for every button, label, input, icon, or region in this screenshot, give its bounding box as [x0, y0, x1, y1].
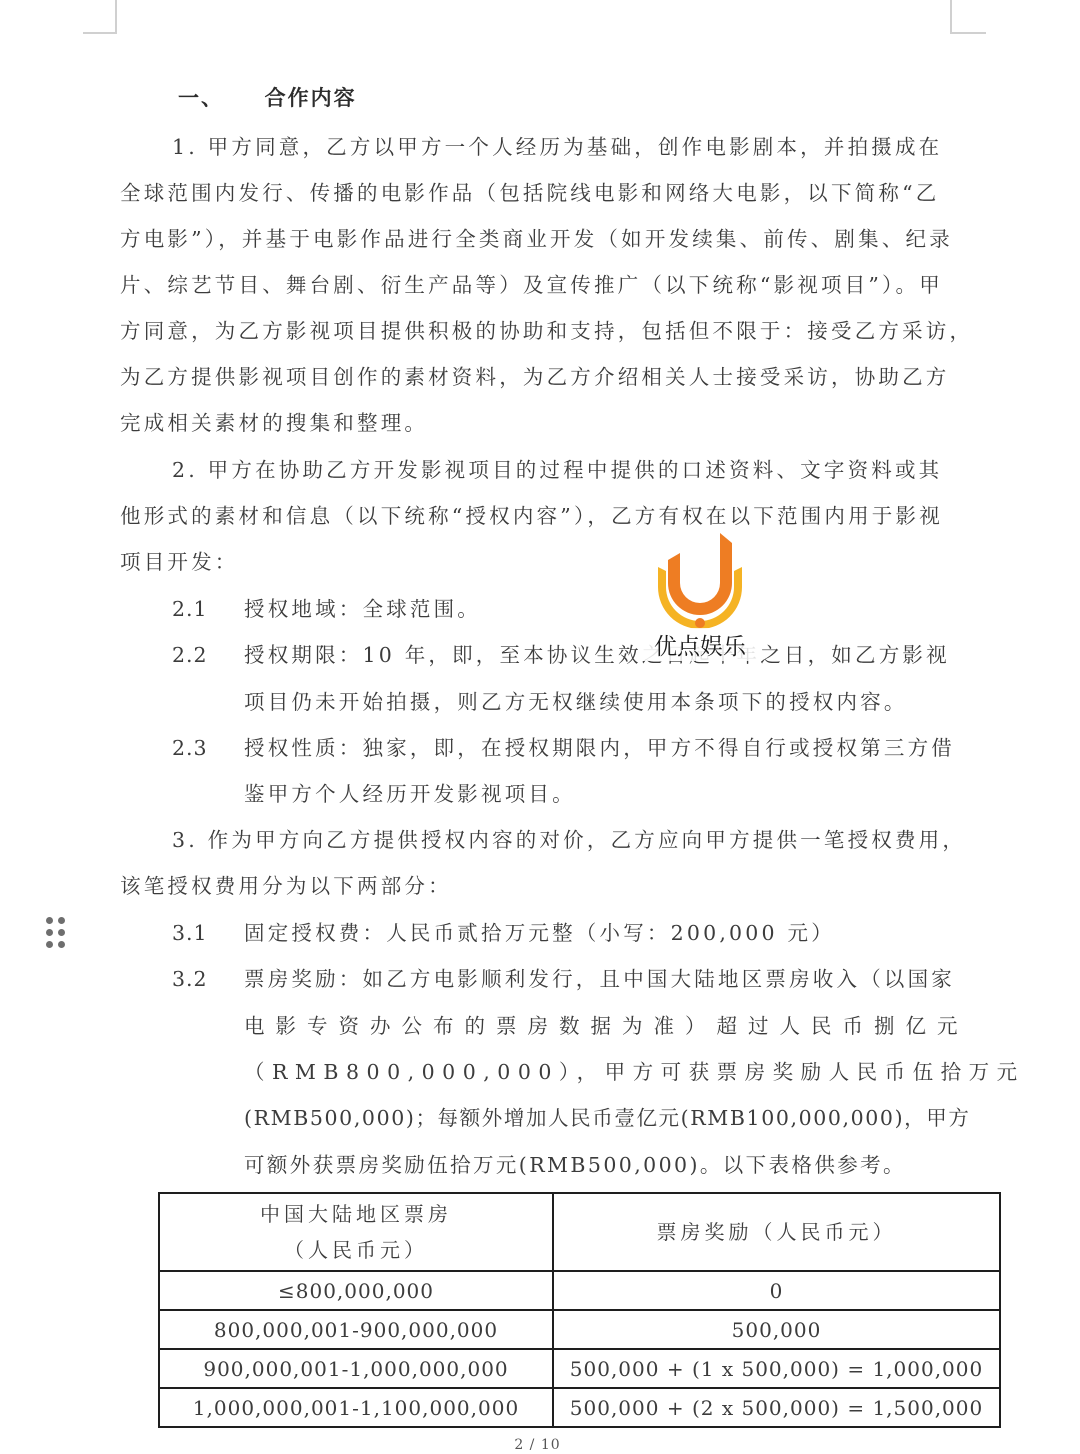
clause-3-2-cont: (RMB500,000)；每额外增加人民币壹亿元(RMB100,000,000)…: [244, 1101, 970, 1131]
page-indicator: 2 / 10: [0, 1437, 1075, 1453]
dot: [58, 941, 65, 948]
box-office-bonus-table: 中国大陆地区票房 （人民币元） 票房奖励（人民币元） ≤800,000,000 …: [158, 1192, 1001, 1428]
table-cell: 500,000: [553, 1310, 1000, 1349]
clause-2-3-cont: 鉴甲方个人经历开发影视项目。: [244, 777, 576, 807]
clause-number: 2.1: [172, 597, 244, 621]
clause-2-2-cont: 项目仍未开始拍摄，则乙方无权继续使用本条项下的授权内容。: [244, 685, 908, 715]
table-header-cell: 票房奖励（人民币元）: [553, 1193, 1000, 1271]
dot: [58, 917, 65, 924]
section-heading: 一、 合作内容: [178, 82, 357, 112]
section-title: 合作内容: [265, 85, 357, 110]
table-row: 900,000,001-1,000,000,000 500,000 + (1 x…: [159, 1349, 1000, 1388]
dot: [46, 941, 53, 948]
clause-2-3: 2.3授权性质：独家，即，在授权期限内，甲方不得自行或授权第三方借: [172, 731, 955, 761]
watermark-text: 优点娱乐: [640, 628, 760, 661]
clause-2-2: 2.2授权期限：10 年，即，至本协议生效之日起十年之日，如乙方影视: [172, 638, 950, 668]
table-cell: 500,000 + (1 x 500,000) = 1,000,000: [553, 1349, 1000, 1388]
clause-text: 固定授权费：人民币贰拾万元整（小写：200,000 元）: [244, 921, 835, 945]
dot: [46, 917, 53, 924]
dot: [46, 929, 53, 936]
clause-text: 授权地域：全球范围。: [244, 597, 481, 621]
paragraph-1-line: 1. 甲方同意，乙方以甲方一个人经历为基础，创作电影剧本，并拍摄成在: [172, 130, 942, 160]
clause-number: 2.2: [172, 643, 244, 667]
clause-text: 票房奖励：如乙方电影顺利发行，且中国大陆地区票房收入（以国家: [244, 967, 955, 991]
clause-3-1: 3.1固定授权费：人民币贰拾万元整（小写：200,000 元）: [172, 916, 835, 946]
paragraph-2-line: 他形式的素材和信息（以下统称“授权内容”），乙方有权在以下范围内用于影视: [120, 499, 943, 529]
table-cell: 0: [553, 1271, 1000, 1310]
clause-number: 2.3: [172, 736, 244, 760]
document-page: 一、 合作内容 1. 甲方同意，乙方以甲方一个人经历为基础，创作电影剧本，并拍摄…: [0, 0, 1080, 1454]
paragraph-3-line: 该笔授权费用分为以下两部分：: [120, 869, 452, 899]
clause-3-2: 3.2票房奖励：如乙方电影顺利发行，且中国大陆地区票房收入（以国家: [172, 962, 955, 992]
paragraph-2-line: 项目开发：: [120, 545, 239, 575]
paragraph-1-line: 方同意，为乙方影视项目提供积极的协助和支持，包括但不限于：接受乙方采访，: [120, 314, 973, 344]
table-row: 800,000,001-900,000,000 500,000: [159, 1310, 1000, 1349]
clause-3-2-cont: 可额外获票房奖励伍拾万元(RMB500,000)。以下表格供参考。: [244, 1148, 906, 1178]
clause-3-2-cont: （RMB800,000,000），甲方可获票房奖励人民币伍拾万元: [244, 1055, 1025, 1085]
header-line: 中国大陆地区票房: [160, 1196, 552, 1232]
crop-mark-left: [115, 0, 117, 33]
table-header-cell: 中国大陆地区票房 （人民币元）: [159, 1193, 553, 1271]
table-cell: 900,000,001-1,000,000,000: [159, 1349, 553, 1388]
paragraph-2-line: 2. 甲方在协助乙方开发影视项目的过程中提供的口述资料、文字资料或其: [172, 453, 942, 483]
paragraph-1-line: 为乙方提供影视项目创作的素材资料，为乙方介绍相关人士接受采访，协助乙方: [120, 360, 950, 390]
table-row: ≤800,000,000 0: [159, 1271, 1000, 1310]
paragraph-1-line: 片、综艺节目、舞台剧、衍生产品等）及宣传推广（以下统称“影视项目”）。甲: [120, 268, 943, 298]
section-number: 一、: [178, 85, 224, 110]
paragraph-1-line: 方电影”），并基于电影作品进行全类商业开发（如开发续集、前传、剧集、纪录: [120, 222, 953, 252]
clause-3-2-cont: 电影专资办公布的票房数据为准）超过人民币捌亿元: [244, 1009, 969, 1039]
crop-mark-right: [950, 0, 952, 33]
paragraph-1-line: 完成相关素材的搜集和整理。: [120, 406, 428, 436]
table-header-row: 中国大陆地区票房 （人民币元） 票房奖励（人民币元）: [159, 1193, 1000, 1271]
paragraph-1-line: 全球范围内发行、传播的电影作品（包括院线电影和网络大电影，以下简称“乙: [120, 176, 939, 206]
clause-text: 授权性质：独家，即，在授权期限内，甲方不得自行或授权第三方借: [244, 736, 955, 760]
header-line: （人民币元）: [160, 1232, 552, 1268]
clause-2-1: 2.1授权地域：全球范围。: [172, 592, 481, 622]
drag-dots-icon[interactable]: [46, 917, 66, 951]
dot: [58, 929, 65, 936]
crop-mark-right-h: [950, 32, 986, 34]
table-cell: 500,000 + (2 x 500,000) = 1,500,000: [553, 1388, 1000, 1427]
crop-mark-left-h: [83, 32, 117, 34]
table-cell: 800,000,001-900,000,000: [159, 1310, 553, 1349]
table-cell: 1,000,000,001-1,100,000,000: [159, 1388, 553, 1427]
clause-number: 3.1: [172, 921, 244, 945]
clause-number: 3.2: [172, 967, 244, 991]
table-row: 1,000,000,001-1,100,000,000 500,000 + (2…: [159, 1388, 1000, 1427]
paragraph-3-line: 3. 作为甲方向乙方提供授权内容的对价，乙方应向甲方提供一笔授权费用，: [172, 823, 966, 853]
table-cell: ≤800,000,000: [159, 1271, 553, 1310]
clause-text: 授权期限：10 年，即，至本协议生效之日起十年之日，如乙方影视: [244, 643, 950, 667]
